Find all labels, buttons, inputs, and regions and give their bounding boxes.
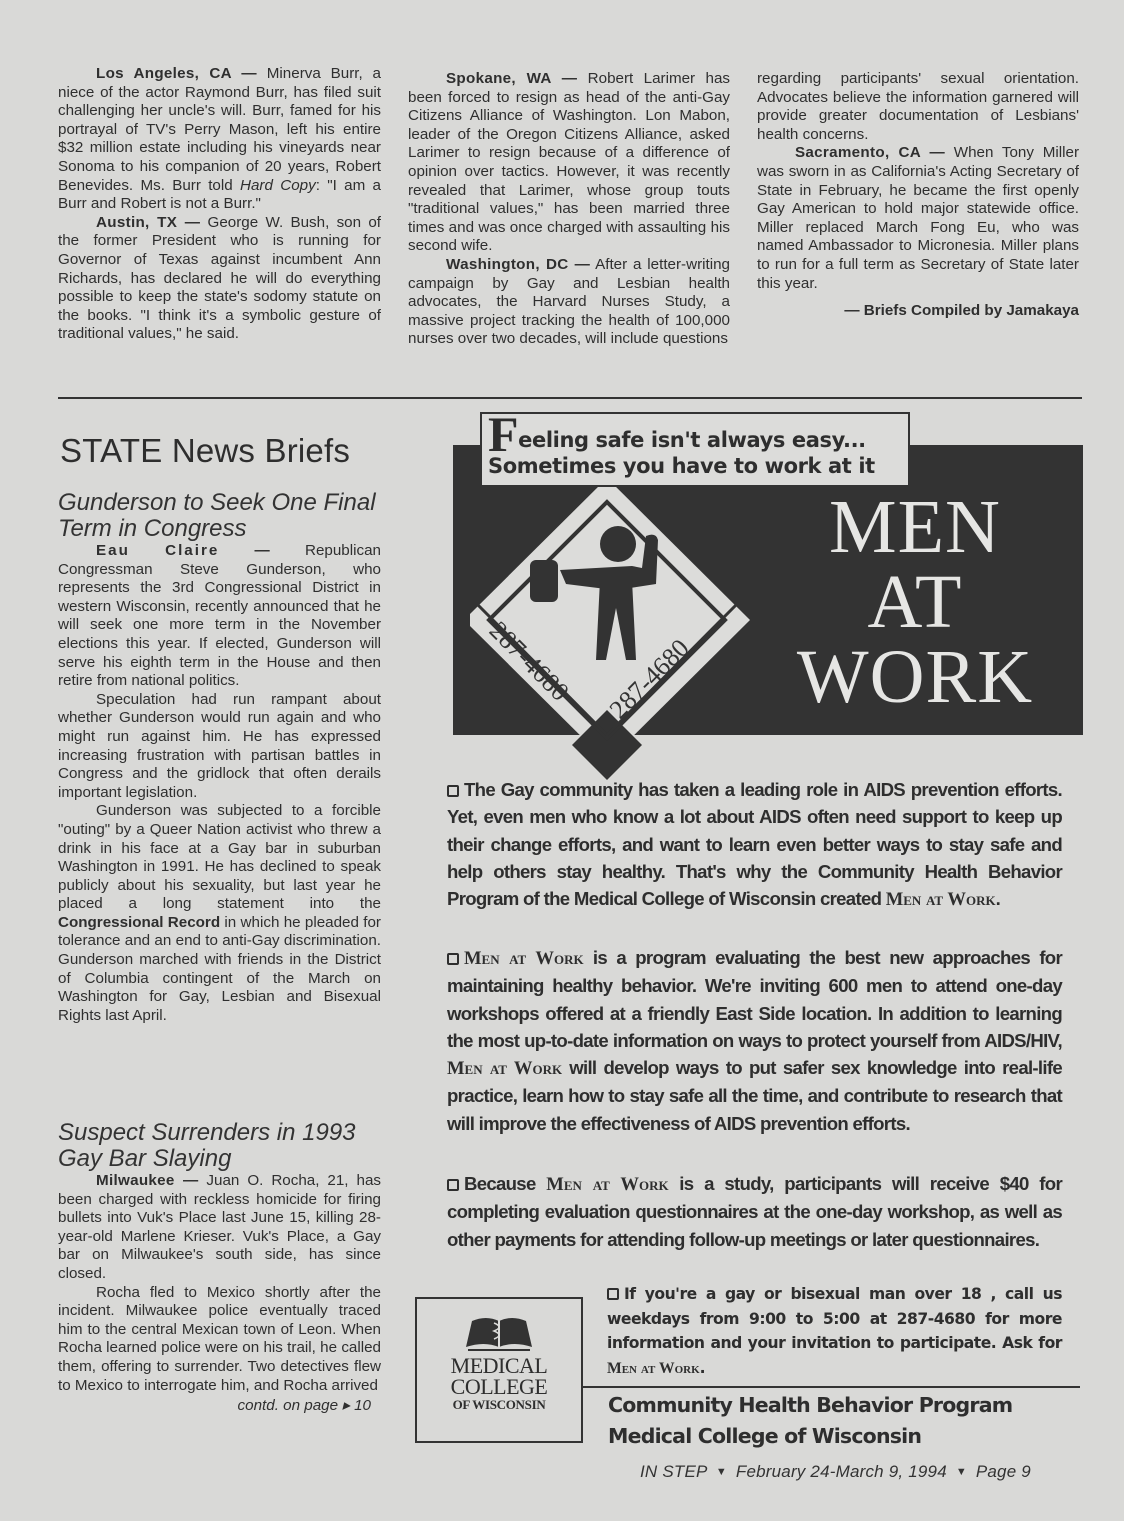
rocha-paragraph-1: Milwaukee — Juan O. Rocha, 21, has been …	[58, 1172, 381, 1284]
gunderson-paragraph-3: Gunderson was subjected to a forcible "o…	[58, 802, 381, 1025]
ad-paragraph-2: Men at Work is a program evaluating the …	[447, 944, 1062, 1137]
top-briefs-column-1: Los Angeles, CA — Minerva Burr, a niece …	[58, 65, 381, 344]
sponsor-block: Community Health Behavior Program Medica…	[608, 1390, 1012, 1452]
headline-rocha: Suspect Surrenders in 1993 Gay Bar Slayi…	[58, 1120, 381, 1172]
sponsor-divider	[583, 1386, 1080, 1388]
page-number: Page 9	[976, 1462, 1031, 1481]
brief-washington: Washington, DC — After a letter-writing …	[408, 256, 730, 349]
headline-gunderson: Gunderson to Seek One Final Term in Cong…	[58, 490, 381, 542]
state-brief-gunderson: Gunderson to Seek One Final Term in Cong…	[58, 490, 381, 1025]
ad-paragraph-1: The Gay community has taken a leading ro…	[447, 776, 1062, 913]
checkbox-bullet-icon	[447, 1179, 459, 1191]
brief-spokane: Spokane, WA — Robert Larimer has been fo…	[408, 70, 730, 256]
top-briefs-column-2: Spokane, WA — Robert Larimer has been fo…	[408, 70, 730, 349]
briefs-credit: — Briefs Compiled by Jamakaya	[757, 302, 1079, 321]
section-divider	[58, 397, 1082, 399]
rocha-paragraph-2: Rocha fled to Mexico shortly after the i…	[58, 1284, 381, 1396]
checkbox-bullet-icon	[607, 1288, 619, 1300]
triangle-separator-icon: ▼	[716, 1466, 727, 1478]
issue-dates: February 24-March 9, 1994	[736, 1462, 947, 1481]
open-book-caduceus-icon	[464, 1313, 534, 1353]
gunderson-paragraph-2: Speculation had run rampant about whethe…	[58, 691, 381, 803]
checkbox-bullet-icon	[447, 953, 459, 965]
ad-tagline-banner: Feeling safe isn't always easy... Someti…	[480, 412, 910, 487]
medical-college-logo: MEDICAL COLLEGE OF WISCONSIN	[415, 1297, 583, 1443]
page-footer: IN STEP ▼ February 24-March 9, 1994 ▼ Pa…	[640, 1462, 1031, 1482]
brief-los-angeles: Los Angeles, CA — Minerva Burr, a niece …	[58, 65, 381, 214]
continued-on-page-link[interactable]: contd. on page ▸ 10	[58, 1397, 381, 1416]
checkbox-bullet-icon	[447, 785, 459, 797]
brief-washington-continued: regarding participants' sexual orientati…	[757, 70, 1079, 144]
ad-call-to-action: If you're a gay or bisexual man over 18 …	[607, 1282, 1062, 1381]
section-title: STATE News Briefs	[60, 432, 350, 470]
brief-sacramento: Sacramento, CA — When Tony Miller was sw…	[757, 144, 1079, 293]
men-at-work-sign-icon: 287-4680 287-4680	[470, 480, 760, 780]
ad-paragraph-3: Because Men at Work is a study, particip…	[447, 1170, 1062, 1253]
top-briefs-column-3: regarding participants' sexual orientati…	[757, 70, 1079, 321]
brief-austin: Austin, TX — George W. Bush, son of the …	[58, 214, 381, 344]
publication-name: IN STEP	[640, 1462, 707, 1481]
state-brief-rocha: Suspect Surrenders in 1993 Gay Bar Slayi…	[58, 1120, 381, 1416]
triangle-separator-icon: ▼	[956, 1466, 967, 1478]
gunderson-paragraph-1: Eau Claire — Republican Congressman Stev…	[58, 542, 381, 691]
men-at-work-title: MEN AT WORK	[770, 490, 1060, 715]
